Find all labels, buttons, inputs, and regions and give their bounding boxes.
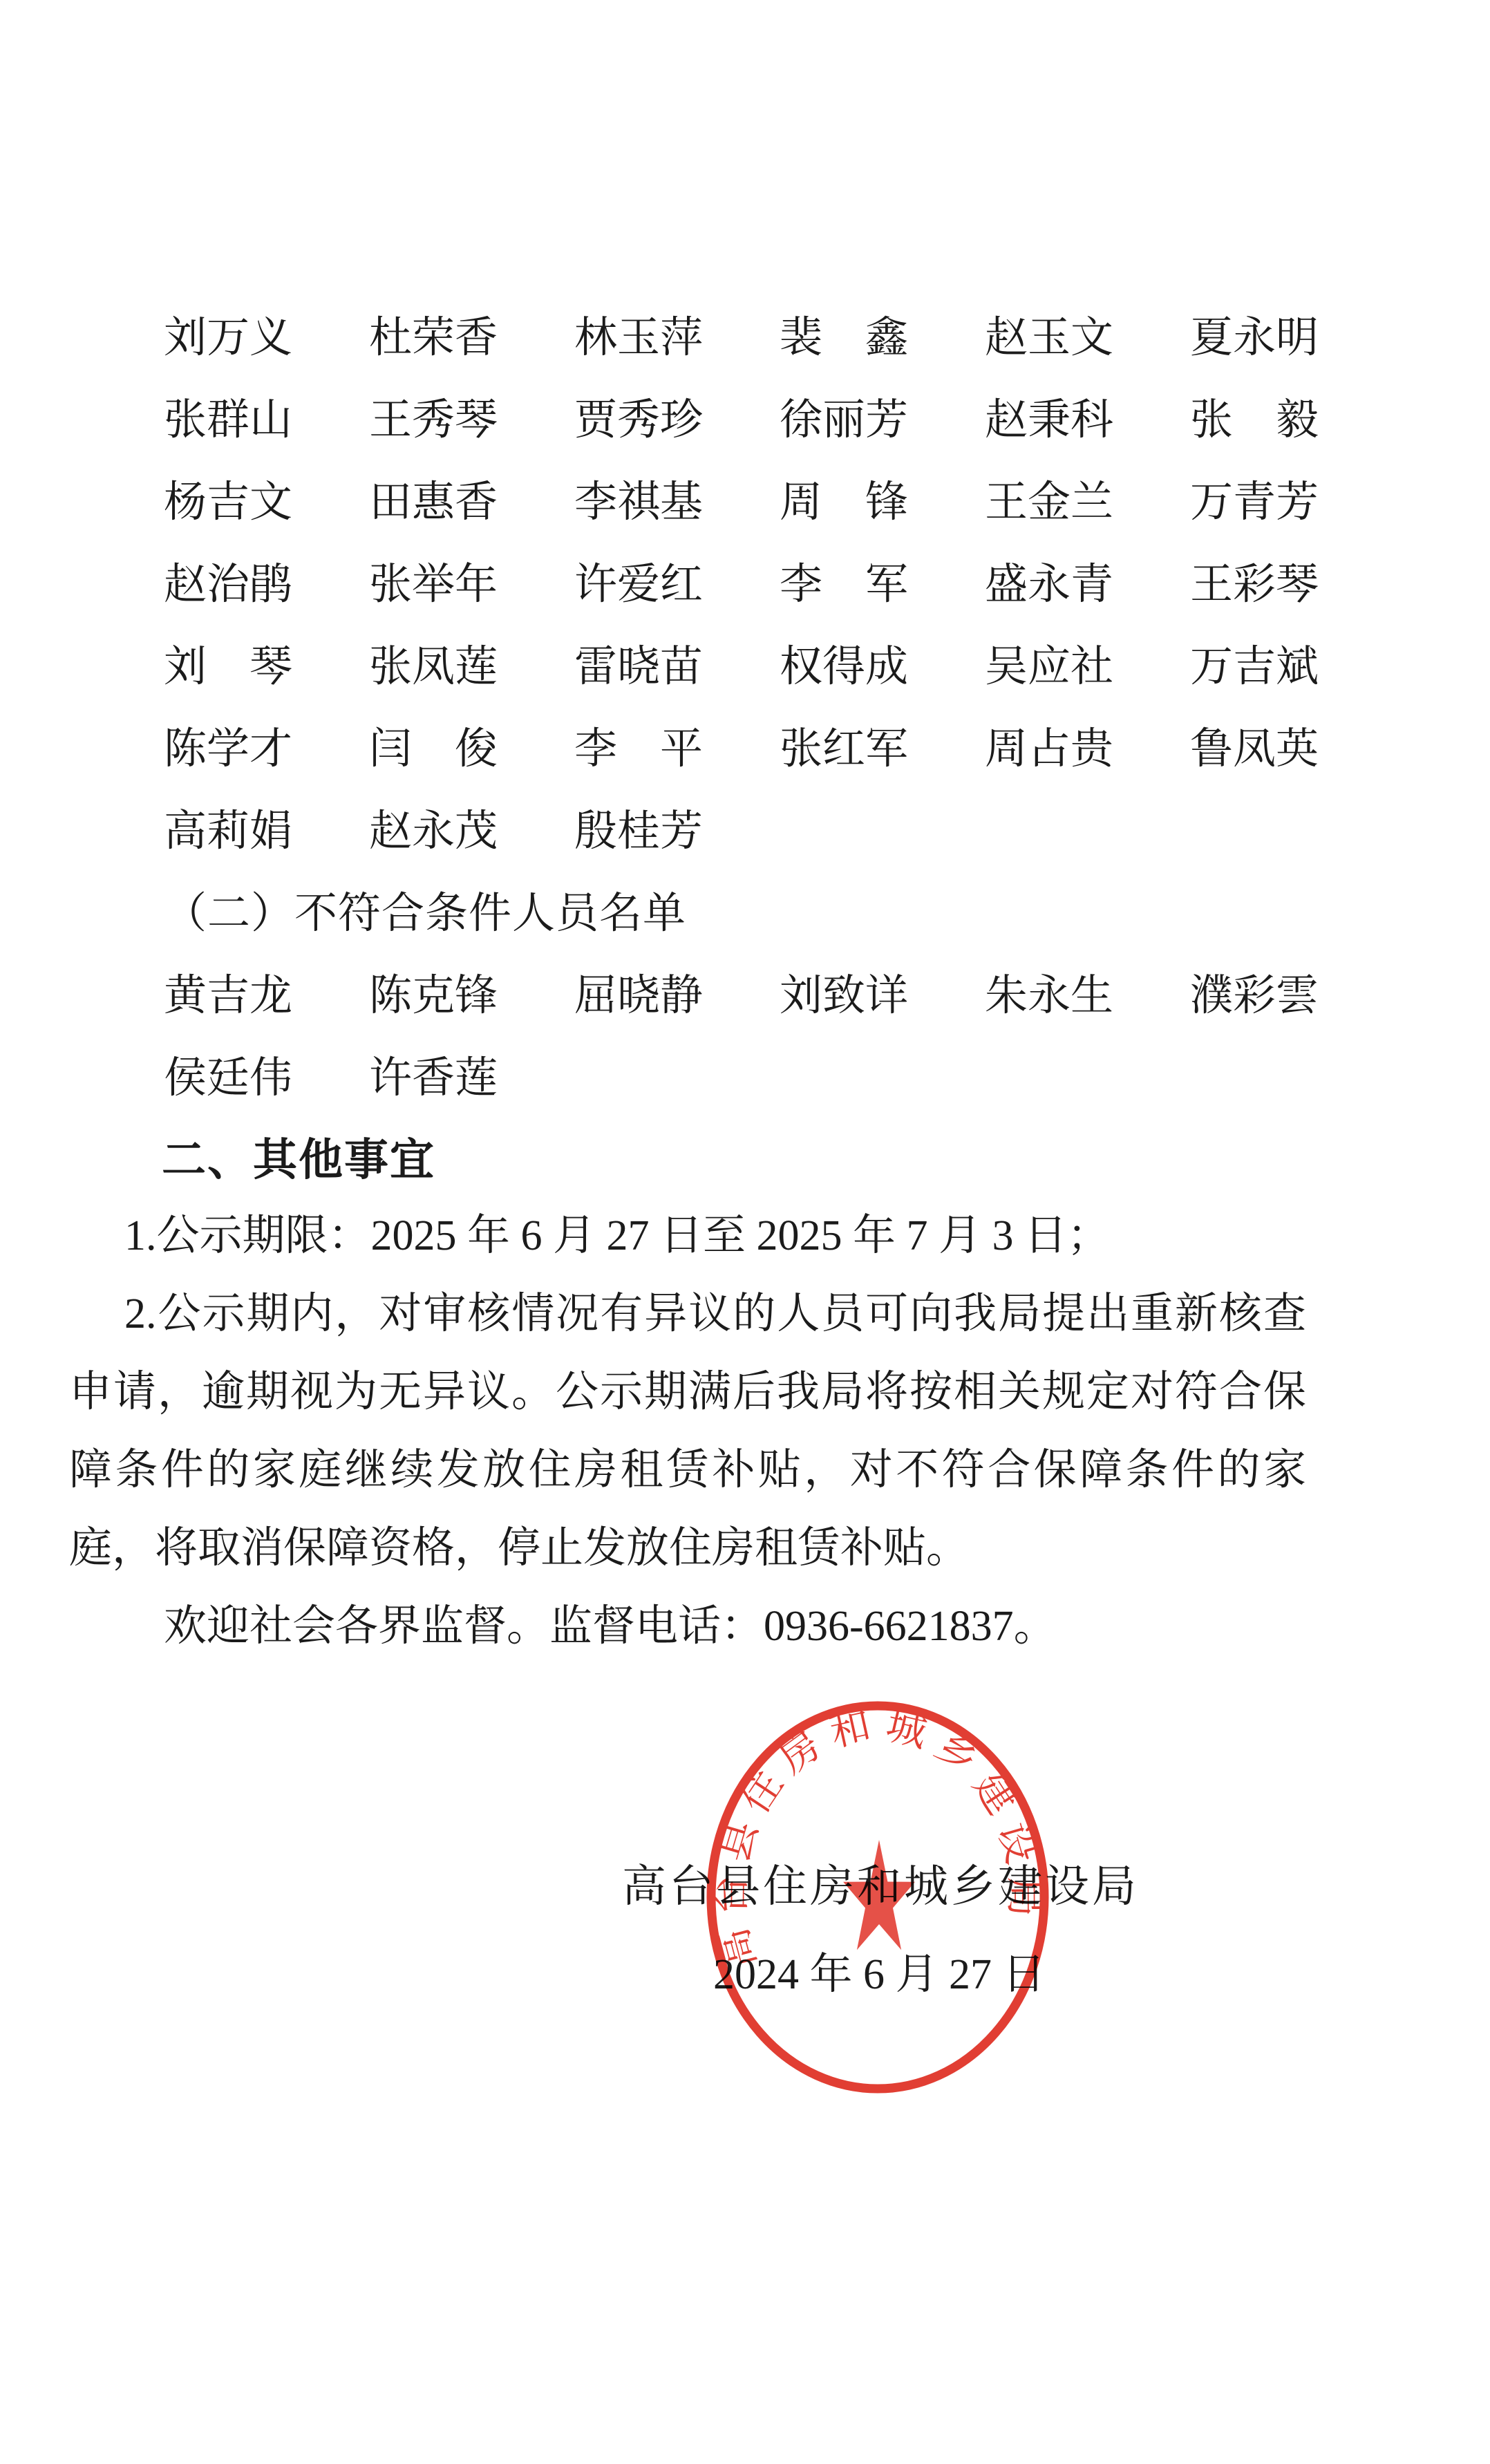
person-name: 徐丽芳 [780, 385, 908, 446]
name-row: 黄吉龙 陈克锋 屈晓静 刘致详 朱永生 濮彩雲 [164, 950, 1319, 1033]
person-name: 裴 鑫 [780, 303, 908, 364]
person-name: 周占贵 [985, 714, 1113, 775]
official-seal: 高台县住房和城乡建设局 [701, 1695, 1055, 2100]
person-name: 田惠香 [369, 467, 498, 529]
other-matters-paragraphs: 1.公示期限：2025 年 6 月 27 日至 2025 年 7 月 3 日； … [69, 1197, 1306, 1666]
name-row: 赵治鹃 张举年 许爱红 李 军 盛永青 王彩琴 [164, 539, 1319, 621]
person-name: 朱永生 [985, 961, 1113, 1022]
person-name: 陈学才 [164, 714, 292, 775]
person-name: 陈克锋 [369, 961, 498, 1022]
unqualified-list-heading: （二）不符合条件人员名单 [164, 868, 1319, 950]
person-name: 殷桂芳 [574, 796, 703, 858]
person-name: 赵治鹃 [164, 549, 292, 611]
person-name: 李祺基 [574, 467, 703, 529]
person-name: 刘 琴 [164, 632, 292, 693]
person-name: 盛永青 [985, 549, 1113, 611]
person-name: 许香莲 [369, 1043, 498, 1104]
person-name: 王金兰 [985, 467, 1113, 529]
person-name: 万吉斌 [1190, 632, 1319, 693]
person-name: 张举年 [369, 549, 498, 611]
name-row: 刘万义 杜荣香 林玉萍 裴 鑫 赵玉文 夏永明 [164, 292, 1319, 375]
paragraph-supervision-phone: 欢迎社会各界监督。监督电话：0936-6621837。 [69, 1588, 1306, 1666]
scanned-notice-page: 刘万义 杜荣香 林玉萍 裴 鑫 赵玉文 夏永明 张群山 王秀琴 贾秀珍 徐丽芳 … [0, 0, 1490, 2464]
paragraph-objection-procedure: 2.公示期内，对审核情况有异议的人员可向我局提出重新核查申请，逾期视为无异议。公… [69, 1275, 1306, 1588]
seal-text: 高台县住房和城乡建设局 [708, 1702, 1047, 1974]
person-name: 侯廷伟 [164, 1043, 292, 1104]
person-name: 闫 俊 [369, 714, 498, 775]
person-name: 李 军 [780, 549, 908, 611]
person-name: 王彩琴 [1190, 549, 1319, 611]
person-name: 万青芳 [1190, 467, 1319, 529]
name-list: 刘万义 杜荣香 林玉萍 裴 鑫 赵玉文 夏永明 张群山 王秀琴 贾秀珍 徐丽芳 … [164, 292, 1319, 1115]
person-name: 吴应社 [985, 632, 1113, 693]
person-name: 赵玉文 [985, 303, 1113, 364]
person-name: 高莉娟 [164, 796, 292, 858]
person-name: 杜荣香 [369, 303, 498, 364]
person-name: 黄吉龙 [164, 961, 292, 1022]
person-name: 赵永茂 [369, 796, 498, 858]
name-row: 杨吉文 田惠香 李祺基 周 锋 王金兰 万青芳 [164, 457, 1319, 539]
name-row: 刘 琴 张凤莲 雷晓苗 权得成 吴应社 万吉斌 [164, 621, 1319, 704]
person-name: 刘致详 [780, 961, 908, 1022]
name-row: 陈学才 闫 俊 李 平 张红军 周占贵 鲁凤英 [164, 704, 1319, 786]
person-name: 张红军 [780, 714, 908, 775]
person-name: 赵秉科 [985, 385, 1113, 446]
seal-arc-text: 高台县住房和城乡建设局 [708, 1702, 1047, 1974]
paragraph-public-notice-period: 1.公示期限：2025 年 6 月 27 日至 2025 年 7 月 3 日； [69, 1197, 1306, 1275]
other-matters-heading: 二、其他事宜 [162, 1115, 435, 1197]
person-name: 王秀琴 [369, 385, 498, 446]
person-name: 周 锋 [780, 467, 908, 529]
person-name: 杨吉文 [164, 467, 292, 529]
name-row: 侯廷伟 许香莲 [164, 1033, 1319, 1115]
person-name: 濮彩雲 [1190, 961, 1319, 1022]
person-name: 鲁凤英 [1190, 714, 1319, 775]
seal-star-icon [843, 1840, 915, 1950]
person-name: 张群山 [164, 385, 292, 446]
name-row: 张群山 王秀琴 贾秀珍 徐丽芳 赵秉科 张 毅 [164, 375, 1319, 457]
person-name: 林玉萍 [574, 303, 703, 364]
name-row: 高莉娟 赵永茂 殷桂芳 [164, 786, 1319, 868]
person-name: 夏永明 [1190, 303, 1319, 364]
person-name: 雷晓苗 [574, 632, 703, 693]
person-name: 贾秀珍 [574, 385, 703, 446]
person-name: 屈晓静 [574, 961, 703, 1022]
person-name: 权得成 [780, 632, 908, 693]
person-name: 许爱红 [574, 549, 703, 611]
person-name: 张 毅 [1190, 385, 1319, 446]
person-name: 张凤莲 [369, 632, 498, 693]
person-name: 李 平 [574, 714, 703, 775]
person-name: 刘万义 [164, 303, 292, 364]
